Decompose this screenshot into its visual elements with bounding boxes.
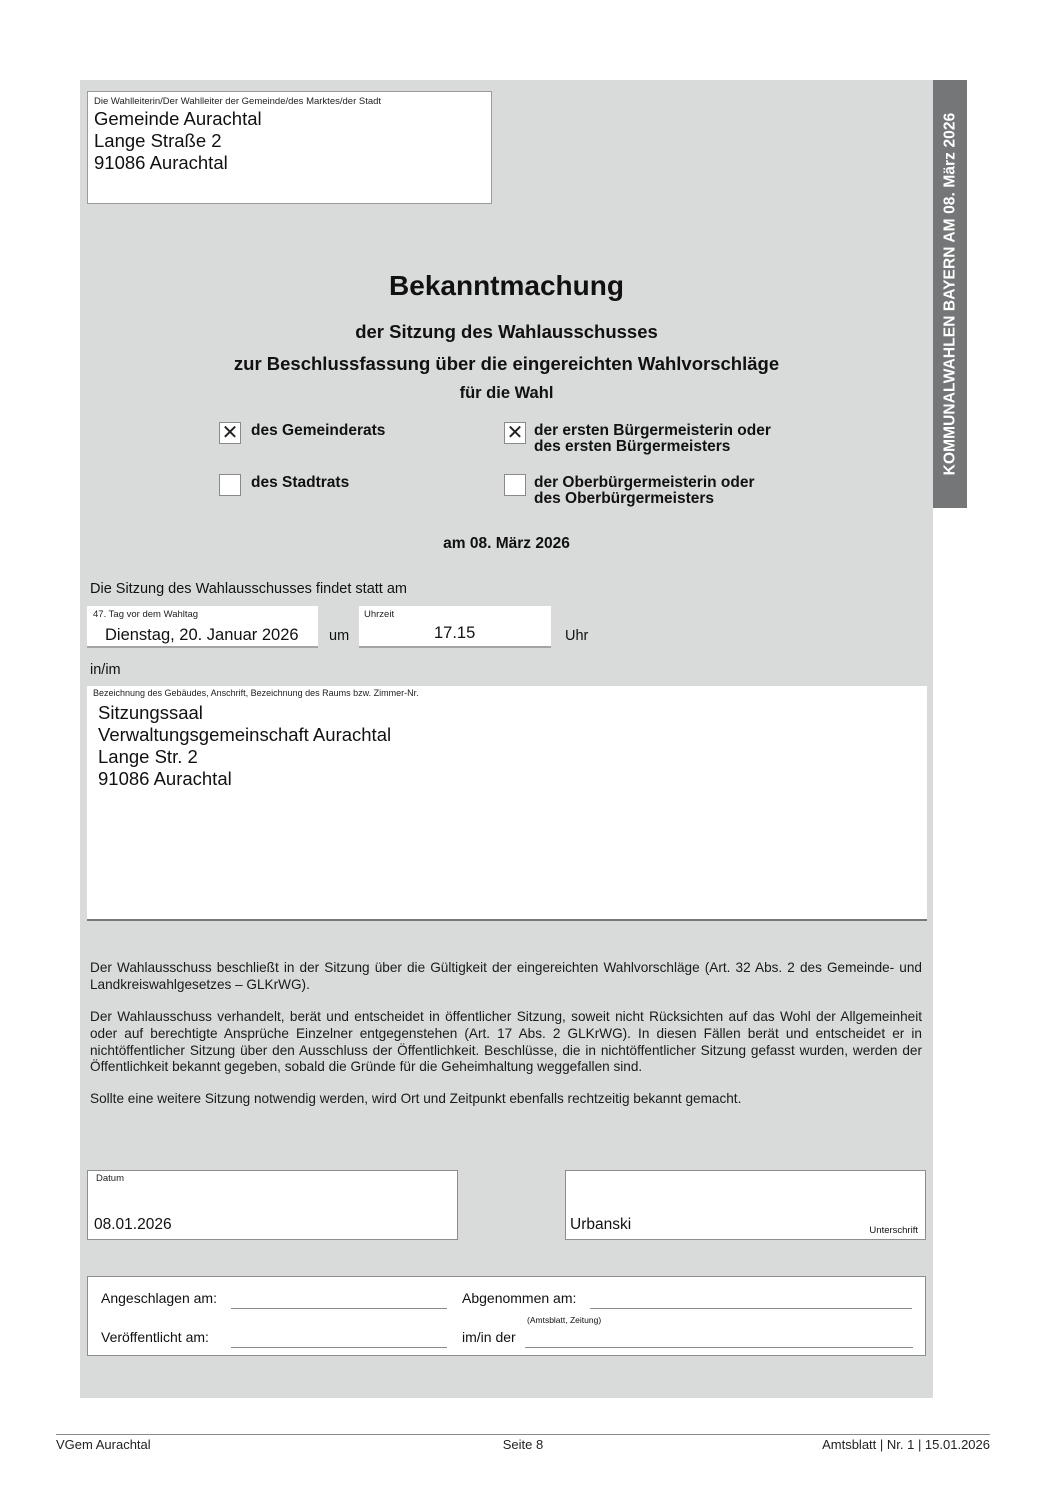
- side-tab: KOMMUNALWAHLEN BAYERN AM 08. März 2026: [933, 80, 967, 508]
- option-label: des ersten Bürgermeisters: [534, 439, 771, 455]
- option-label: des Stadtrats: [251, 475, 349, 491]
- medium-label: im/in der: [462, 1329, 516, 1345]
- election-option-gemeinderat[interactable]: ✕ des Gemeinderats: [219, 422, 385, 444]
- subtitle-line-1: der Sitzung des Wahlausschusses: [80, 321, 933, 343]
- removed-input[interactable]: [590, 1308, 912, 1309]
- meeting-date-label: 47. Tag vor dem Wahltag: [93, 609, 312, 620]
- paragraph-public-session: Der Wahlausschuss verhandelt, berät und …: [90, 1009, 922, 1076]
- meeting-time-label: Uhrzeit: [363, 609, 547, 620]
- meeting-location-field[interactable]: Bezeichnung des Gebäudes, Anschrift, Bez…: [87, 686, 927, 921]
- option-label: der Oberbürgermeisterin oder: [534, 475, 755, 491]
- checkbox-oberbuergermeister[interactable]: [504, 474, 526, 496]
- subtitle-line-2: zur Beschlussfassung über die eingereich…: [80, 353, 933, 375]
- election-option-stadtrat[interactable]: des Stadtrats: [219, 474, 349, 496]
- meeting-date-value: Dienstag, 20. Januar 2026: [93, 625, 312, 645]
- election-date: am 08. März 2026: [80, 535, 933, 553]
- posting-record-box: Angeschlagen am: Abgenommen am: Veröffen…: [87, 1276, 926, 1356]
- location-label: Bezeichnung des Gebäudes, Anschrift, Bez…: [93, 688, 921, 699]
- check-x-icon: ✕: [222, 423, 239, 443]
- authority-line: Gemeinde Aurachtal: [94, 108, 485, 130]
- location-line: 91086 Aurachtal: [98, 768, 921, 790]
- signature-date-value: 08.01.2026: [94, 1216, 172, 1234]
- option-label: des Oberbürgermeisters: [534, 491, 755, 507]
- medium-hint: (Amtsblatt, Zeitung): [527, 1315, 601, 1325]
- option-label: des Gemeinderats: [251, 423, 385, 439]
- signature-field[interactable]: Urbanski Unterschrift: [565, 1170, 926, 1240]
- checkbox-gemeinderat[interactable]: ✕: [219, 422, 241, 444]
- election-option-oberbuergermeister[interactable]: der Oberbürgermeisterin oder des Oberbür…: [504, 474, 755, 507]
- uhr-label: Uhr: [565, 628, 588, 644]
- paragraph-further-session: Sollte eine weitere Sitzung notwendig we…: [90, 1091, 922, 1108]
- um-label: um: [329, 628, 349, 644]
- footer-divider: [56, 1434, 990, 1435]
- signature-date-field[interactable]: Datum 08.01.2026: [87, 1170, 458, 1240]
- in-im-label: in/im: [90, 662, 121, 678]
- meeting-time-field[interactable]: Uhrzeit 17.15: [359, 606, 551, 648]
- authority-label: Die Wahlleiterin/Der Wahlleiter der Geme…: [94, 96, 485, 107]
- authority-line: Lange Straße 2: [94, 130, 485, 152]
- signature-name-value: Urbanski: [570, 1216, 631, 1234]
- paragraph-validity: Der Wahlausschuss beschließt in der Sitz…: [90, 960, 922, 994]
- authority-line: 91086 Aurachtal: [94, 152, 485, 174]
- location-line: Lange Str. 2: [98, 746, 921, 768]
- meeting-date-field[interactable]: 47. Tag vor dem Wahltag Dienstag, 20. Ja…: [87, 606, 318, 648]
- option-label: der ersten Bürgermeisterin oder: [534, 423, 771, 439]
- medium-input[interactable]: [525, 1347, 913, 1348]
- published-input[interactable]: [231, 1347, 447, 1348]
- checkbox-stadtrat[interactable]: [219, 474, 241, 496]
- location-line: Verwaltungsgemeinschaft Aurachtal: [98, 724, 921, 746]
- location-line: Sitzungssaal: [98, 702, 921, 724]
- meeting-time-value: 17.15: [363, 623, 547, 643]
- meeting-intro: Die Sitzung des Wahlausschusses findet s…: [90, 581, 407, 597]
- check-x-icon: ✕: [507, 423, 524, 443]
- side-tab-text: KOMMUNALWAHLEN BAYERN AM 08. März 2026: [941, 113, 959, 476]
- footer-right: Amtsblatt | Nr. 1 | 15.01.2026: [822, 1437, 990, 1452]
- signature-date-label: Datum: [96, 1173, 449, 1184]
- subtitle-line-3: für die Wahl: [80, 384, 933, 403]
- authority-box: Die Wahlleiterin/Der Wahlleiter der Geme…: [87, 91, 492, 204]
- published-label: Veröffentlicht am:: [101, 1329, 209, 1345]
- checkbox-buergermeister[interactable]: ✕: [504, 422, 526, 444]
- election-option-buergermeister[interactable]: ✕ der ersten Bürgermeisterin oder des er…: [504, 422, 771, 455]
- signature-caption: Unterschrift: [869, 1225, 918, 1236]
- removed-label: Abgenommen am:: [462, 1290, 576, 1306]
- page-title: Bekanntmachung: [80, 270, 933, 302]
- posted-input[interactable]: [231, 1308, 447, 1309]
- posted-label: Angeschlagen am:: [101, 1290, 217, 1306]
